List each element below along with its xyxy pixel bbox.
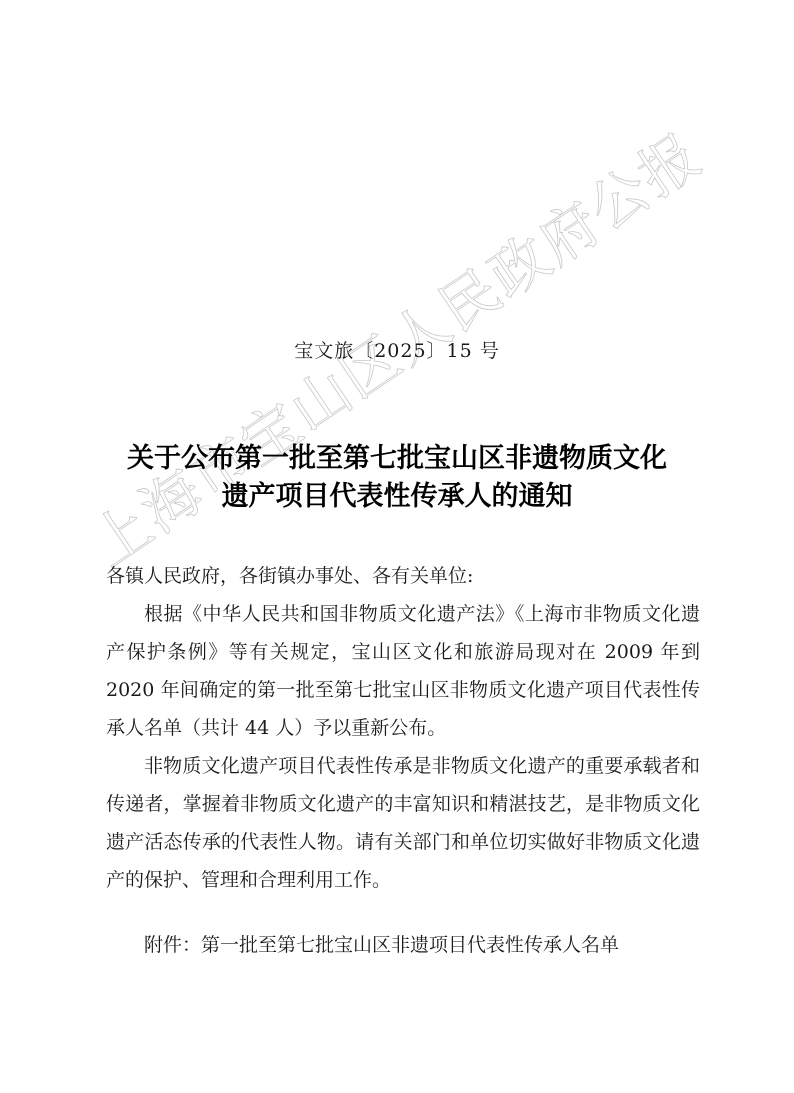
title-line-1: 关于公布第一批至第七批宝山区非遗物质文化: [0, 440, 794, 478]
document-title: 关于公布第一批至第七批宝山区非遗物质文化 遗产项目代表性传承人的通知: [0, 440, 794, 516]
body-paragraphs: 根据《中华人民共和国非物质文化遗产法》《上海市非物质文化遗产保护条例》等有关规定…: [106, 595, 700, 899]
watermark: 上海市宝山区人民政府公报: [72, 154, 650, 582]
title-line-2: 遗产项目代表性传承人的通知: [0, 478, 794, 516]
attachment-note: 附件：第一批至第七批宝山区非遗项目代表性传承人名单: [144, 930, 619, 957]
paragraph-1: 根据《中华人民共和国非物质文化遗产法》《上海市非物质文化遗产保护条例》等有关规定…: [106, 595, 700, 747]
salutation: 各镇人民政府，各街镇办事处、各有关单位:: [106, 557, 700, 595]
document-number: 宝文旅〔2025〕15 号: [0, 336, 794, 363]
paragraph-2: 非物质文化遗产项目代表性传承是非物质文化遗产的重要承载者和传递者，掌握着非物质文…: [106, 747, 700, 899]
document-page: 上海市宝山区人民政府公报 宝文旅〔2025〕15 号 关于公布第一批至第七批宝山…: [0, 0, 794, 1093]
